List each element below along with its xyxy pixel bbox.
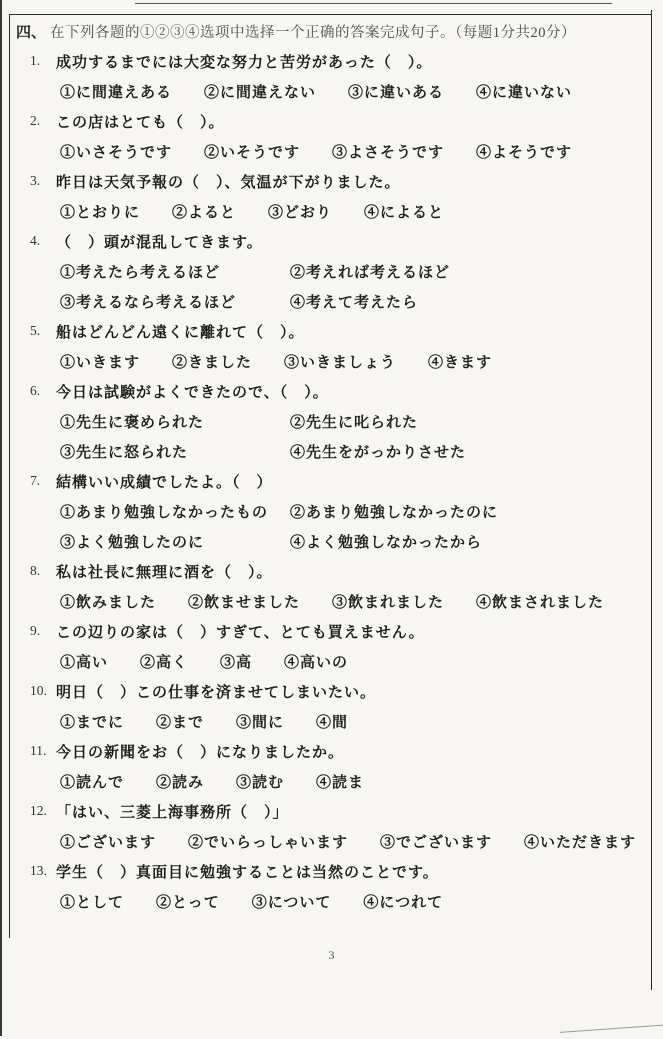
question-number: 8.	[30, 563, 56, 579]
question-number: 3.	[30, 173, 56, 189]
option-row: ①に間違えある②に間違えない③に違いある④に違いない	[10, 76, 650, 106]
option-item: ①として	[60, 891, 124, 912]
option-item: ①までに	[60, 711, 124, 732]
option-row: ①考えたら考えるほど②考えれば考えるほど	[10, 256, 650, 286]
question-number: 12.	[30, 803, 56, 819]
option-item: ③飲まれました	[332, 591, 444, 612]
question-block: 11. 今日の新聞をお（ ）になりましたか。 ①読んで②読み③読む④読ま	[10, 736, 650, 796]
option-item: ①考えたら考えるほど	[60, 261, 290, 282]
option-item: ①読んで	[60, 771, 124, 792]
option-item: ②よると	[172, 201, 236, 222]
option-row: ①飲みました②飲ませました③飲まれました④飲まされました	[10, 586, 650, 616]
question-stem-row: 13. 学生（ ）真面目に勉強することは当然のことです。	[10, 856, 650, 886]
option-item: ③よく勉強したのに	[60, 531, 290, 552]
question-stem: 成功するまでには大変な努力と苦労があった（ ）。	[56, 51, 432, 72]
question-stem: この辺りの家は（ ）すぎて、とても買えません。	[56, 621, 425, 642]
option-item: ②まで	[156, 711, 204, 732]
option-item: ④飲まされました	[476, 591, 604, 612]
question-block: 3. 昨日は天気予報の（ ）、気温が下がりました。 ①とおりに②よると③どおり④…	[10, 166, 650, 226]
option-item: ②考えれば考えるほど	[290, 261, 450, 282]
question-list: 1. 成功するまでには大変な努力と苦労があった（ ）。 ①に間違えある②に間違え…	[10, 46, 650, 916]
question-number: 11.	[30, 743, 56, 759]
question-stem: 今日の新聞をお（ ）になりましたか。	[56, 741, 344, 762]
question-number: 1.	[30, 53, 56, 69]
option-item: ①先生に褒められた	[60, 411, 290, 432]
option-item: ④考えて考えたら	[290, 291, 418, 312]
option-item: ③考えるなら考えるほど	[60, 291, 290, 312]
option-item: ③いきましょう	[284, 351, 396, 372]
option-item: ③について	[252, 891, 332, 912]
option-item: ④間	[316, 711, 348, 732]
section-header: 四、 在下列各题的①②③④选项中选择一个正确的答案完成句子。（每题1分共20分）	[10, 16, 650, 46]
option-row: ③先生に怒られた④先生をがっかりさせた	[10, 436, 650, 466]
option-item: ②に間違えない	[204, 81, 316, 102]
scan-artifact-top-line	[135, 3, 612, 4]
question-number: 4.	[30, 233, 56, 249]
option-item: ④に違いない	[476, 81, 572, 102]
question-number: 7.	[30, 473, 56, 489]
option-item: ②高く	[140, 651, 188, 672]
question-stem: 結構いい成績でしたよ。（ ）	[56, 471, 273, 492]
question-stem-row: 3. 昨日は天気予報の（ ）、気温が下がりました。	[10, 166, 650, 196]
question-stem-row: 8. 私は社長に無理に酒を（ ）。	[10, 556, 650, 586]
question-stem: この店はとても（ ）。	[56, 111, 225, 132]
question-block: 10. 明日（ ）この仕事を済ませてしまいたい。 ①までに②まで③間に④間	[10, 676, 650, 736]
option-row: ①までに②まで③間に④間	[10, 706, 650, 736]
option-item: ③よさそうです	[332, 141, 444, 162]
question-block: 13. 学生（ ）真面目に勉強することは当然のことです。 ①として②とって③につ…	[10, 856, 650, 916]
question-block: 4. （ ）頭が混乱してきます。 ①考えたら考えるほど②考えれば考えるほど③考え…	[10, 226, 650, 316]
exam-page-content: 四、 在下列各题的①②③④选项中选择一个正确的答案完成句子。（每题1分共20分）…	[10, 16, 650, 916]
question-block: 8. 私は社長に無理に酒を（ ）。 ①飲みました②飲ませました③飲まれました④飲…	[10, 556, 650, 616]
option-item: ③でございます	[380, 831, 492, 852]
question-stem-row: 6. 今日は試験がよくできたので、（ ）。	[10, 376, 650, 406]
question-block: 5. 船はどんどん遠くに離れて（ ）。 ①いきます②きました③いきましょう④きま…	[10, 316, 650, 376]
question-stem-row: 7. 結構いい成績でしたよ。（ ）	[10, 466, 650, 496]
option-item: ②とって	[156, 891, 220, 912]
option-item: ④によると	[364, 201, 444, 222]
question-stem-row: 4. （ ）頭が混乱してきます。	[10, 226, 650, 256]
option-row: ①とおりに②よると③どおり④によると	[10, 196, 650, 226]
question-number: 2.	[30, 113, 56, 129]
option-item: ④きます	[428, 351, 492, 372]
question-stem-row: 10. 明日（ ）この仕事を済ませてしまいたい。	[10, 676, 650, 706]
section-instruction: 在下列各题的①②③④选项中选择一个正确的答案完成句子。（每题1分共20分）	[50, 21, 576, 42]
option-item: ④先生をがっかりさせた	[290, 441, 466, 462]
option-row: ①として②とって③について④につれて	[10, 886, 650, 916]
option-item: ④いただきます	[524, 831, 636, 852]
option-item: ①に間違えある	[60, 81, 172, 102]
option-item: ④よく勉強しなかったから	[290, 531, 482, 552]
option-item: ①飲みました	[60, 591, 156, 612]
question-block: 9. この辺りの家は（ ）すぎて、とても買えません。 ①高い②高く③高④高いの	[10, 616, 650, 676]
option-item: ①高い	[60, 651, 108, 672]
question-stem: 明日（ ）この仕事を済ませてしまいたい。	[56, 681, 376, 702]
question-stem-row: 11. 今日の新聞をお（ ）になりましたか。	[10, 736, 650, 766]
option-item: ①ございます	[60, 831, 156, 852]
option-item: ②読み	[156, 771, 204, 792]
option-item: ④読ま	[316, 771, 364, 792]
question-stem: 「はい、三菱上海事務所（ ）」	[56, 801, 289, 822]
option-item: ③に違いある	[348, 81, 444, 102]
option-row: ①先生に褒められた②先生に叱られた	[10, 406, 650, 436]
option-row: ①いさそうです②いそうです③よさそうです④よそうです	[10, 136, 650, 166]
question-stem: 学生（ ）真面目に勉強することは当然のことです。	[56, 861, 439, 882]
option-item: ③どおり	[268, 201, 332, 222]
question-number: 9.	[30, 623, 56, 639]
option-item: ①いさそうです	[60, 141, 172, 162]
question-number: 13.	[30, 863, 56, 879]
question-stem: 私は社長に無理に酒を（ ）。	[56, 561, 273, 582]
frame-border-right	[651, 10, 652, 990]
question-block: 1. 成功するまでには大変な努力と苦労があった（ ）。 ①に間違えある②に間違え…	[10, 46, 650, 106]
question-stem-row: 12. 「はい、三菱上海事務所（ ）」	[10, 796, 650, 826]
option-row: ①あまり勉強しなかったもの②あまり勉強しなかったのに	[10, 496, 650, 526]
option-item: ①とおりに	[60, 201, 140, 222]
question-stem-row: 9. この辺りの家は（ ）すぎて、とても買えません。	[10, 616, 650, 646]
question-block: 6. 今日は試験がよくできたので、（ ）。 ①先生に褒められた②先生に叱られた③…	[10, 376, 650, 466]
option-item: ②飲ませました	[188, 591, 300, 612]
question-number: 10.	[30, 683, 56, 699]
question-block: 2. この店はとても（ ）。 ①いさそうです②いそうです③よさそうです④よそうで…	[10, 106, 650, 166]
option-row: ③よく勉強したのに④よく勉強しなかったから	[10, 526, 650, 556]
option-item: ③高	[220, 651, 252, 672]
frame-border-top	[9, 14, 652, 15]
scan-artifact-page-curl	[560, 1024, 663, 1033]
page-number: 3	[0, 948, 663, 963]
question-stem: 昨日は天気予報の（ ）、気温が下がりました。	[56, 171, 401, 192]
option-item: ②でいらっしゃいます	[188, 831, 348, 852]
option-item: ③先生に怒られた	[60, 441, 290, 462]
question-stem: （ ）頭が混乱してきます。	[56, 231, 263, 252]
option-row: ①読んで②読み③読む④読ま	[10, 766, 650, 796]
option-item: ③読む	[236, 771, 284, 792]
option-item: ②先生に叱られた	[290, 411, 418, 432]
question-stem-row: 5. 船はどんどん遠くに離れて（ ）。	[10, 316, 650, 346]
option-item: ②あまり勉強しなかったのに	[290, 501, 498, 522]
question-stem-row: 1. 成功するまでには大変な努力と苦労があった（ ）。	[10, 46, 650, 76]
option-item: ④高いの	[284, 651, 348, 672]
option-item: ②いそうです	[204, 141, 300, 162]
option-row: ①高い②高く③高④高いの	[10, 646, 650, 676]
question-stem-row: 2. この店はとても（ ）。	[10, 106, 650, 136]
scan-artifact-fold-line	[0, 0, 2, 1036]
option-item: ④につれて	[363, 891, 443, 912]
question-number: 6.	[30, 383, 56, 399]
option-item: ③間に	[236, 711, 284, 732]
option-item: ④よそうです	[476, 141, 572, 162]
question-block: 12. 「はい、三菱上海事務所（ ）」 ①ございます②でいらっしゃいます③でござ…	[10, 796, 650, 856]
option-item: ②きました	[172, 351, 252, 372]
question-number: 5.	[30, 323, 56, 339]
question-block: 7. 結構いい成績でしたよ。（ ） ①あまり勉強しなかったもの②あまり勉強しなか…	[10, 466, 650, 556]
option-row: ①ございます②でいらっしゃいます③でございます④いただきます	[10, 826, 650, 856]
option-row: ③考えるなら考えるほど④考えて考えたら	[10, 286, 650, 316]
question-stem: 船はどんどん遠くに離れて（ ）。	[56, 321, 305, 342]
section-number-label: 四、	[16, 21, 46, 42]
question-stem: 今日は試験がよくできたので、（ ）。	[56, 381, 329, 402]
option-item: ①いきます	[60, 351, 140, 372]
option-item: ①あまり勉強しなかったもの	[60, 501, 290, 522]
option-row: ①いきます②きました③いきましょう④きます	[10, 346, 650, 376]
